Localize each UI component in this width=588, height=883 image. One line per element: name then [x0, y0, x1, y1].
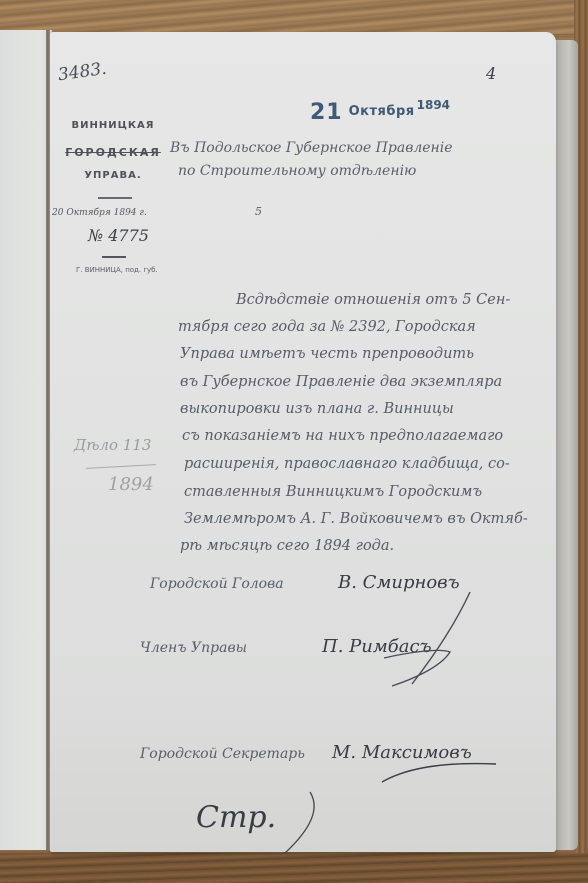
body-line: Управа имѣетъ честь препроводить: [180, 346, 474, 362]
binding-spine: [46, 30, 50, 850]
addressee-line-2: по Строительному отдѣленiю: [178, 163, 416, 179]
body-line: ставленныя Винницкимъ Городскимъ: [184, 484, 482, 500]
body-line: тября сего года за № 2392, Городская: [178, 319, 476, 335]
body-line: рѣ мѣсяцѣ сего 1894 года.: [180, 538, 394, 554]
body-line: выкопировки изъ плана г. Винницы: [180, 401, 454, 417]
number-underline: [102, 256, 126, 258]
wooden-table-top: [0, 0, 588, 34]
stamp-day: 21: [310, 100, 343, 125]
folio-number-right: 4: [486, 64, 496, 83]
letterhead-city: Г. ВИННИЦА, под. губ.: [76, 266, 158, 274]
signature-flourish-clerk: [280, 788, 340, 858]
stamp-year: 1894: [417, 98, 450, 112]
body-line: расширенiя, православнаго кладбища, со-: [184, 456, 510, 472]
letterhead-date: 20 Октября 1894 г.: [52, 208, 147, 218]
letterhead-line-3: УПРАВА.: [58, 170, 168, 181]
signature-clerk: Стр.: [196, 800, 276, 835]
outgoing-number: № 4775: [88, 226, 149, 245]
facing-page: [0, 30, 52, 850]
received-date-stamp: 21Октября1894: [310, 98, 450, 125]
signature-underline-secretary: [380, 756, 500, 786]
signature-label-member: Членъ Управы: [140, 640, 247, 656]
addressee-line-1: Въ Подольское Губернское Правленiе: [170, 140, 453, 156]
archive-margin-note: Дѣло 113: [74, 436, 151, 454]
body-line: Всдѣдствiе отношенiя отъ 5 Сен-: [236, 292, 510, 308]
body-line: Землемѣромъ А. Г. Войковичемъ въ Октяб-: [184, 511, 528, 527]
signature-label-mayor: Городской Голова: [150, 576, 284, 592]
archive-margin-year: 1894: [108, 474, 154, 495]
letterhead-line-2: ГОРОДСКАЯ: [58, 146, 168, 159]
signature-flourish-member: [380, 638, 460, 688]
section-mark: 5: [255, 205, 262, 218]
body-line: въ Губернское Правленiе два экземпляра: [180, 374, 502, 390]
letterhead-divider: [98, 197, 132, 199]
letterhead-line-1: ВИННИЦКАЯ: [58, 120, 168, 131]
body-line: съ показанiемъ на нихъ предполагаемаго: [182, 428, 503, 444]
signature-label-secretary: Городской Секретарь: [140, 746, 305, 762]
stamp-month: Октября: [349, 104, 415, 119]
